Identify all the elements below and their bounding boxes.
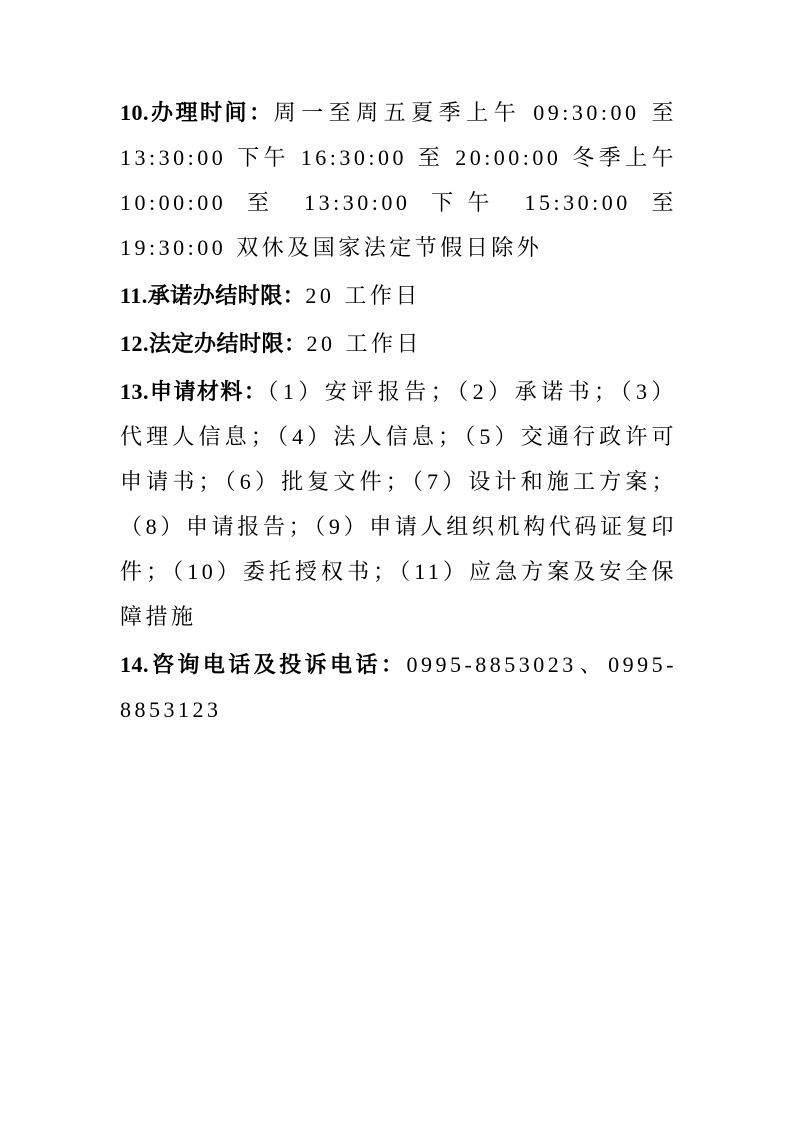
item-number: 12.: [120, 331, 149, 356]
item-content: 20 工作日: [305, 283, 421, 308]
item-content: 20 工作日: [307, 331, 423, 356]
item-label: 申请材料：: [149, 379, 267, 404]
list-item-14: 14.咨询电话及投诉电话：0995-8853023、0995-8853123: [120, 642, 677, 732]
item-number: 11.: [120, 283, 148, 308]
list-item-12: 12.法定办结时限：20 工作日: [120, 321, 677, 366]
item-number: 13.: [120, 379, 149, 404]
list-item-11: 11.承诺办结时限：20 工作日: [120, 273, 677, 318]
document-content: 10.办理时间：周一至周五夏季上午 09:30:00 至 13:30:00 下午…: [120, 90, 677, 735]
item-content: （1）安评报告；（2）承诺书；（3）代理人信息；（4）法人信息；（5）交通行政许…: [120, 379, 677, 629]
list-item-13: 13.申请材料：（1）安评报告；（2）承诺书；（3）代理人信息；（4）法人信息；…: [120, 369, 677, 639]
document-page: 10.办理时间：周一至周五夏季上午 09:30:00 至 13:30:00 下午…: [0, 0, 793, 1122]
item-label: 法定办结时限：: [149, 331, 307, 356]
item-label: 承诺办结时限：: [148, 283, 306, 308]
item-label: 咨询电话及投诉电话：: [149, 652, 406, 677]
item-number: 14.: [120, 652, 149, 677]
item-number: 10.: [120, 100, 149, 125]
list-item-10: 10.办理时间：周一至周五夏季上午 09:30:00 至 13:30:00 下午…: [120, 90, 677, 270]
item-label: 办理时间：: [149, 100, 274, 125]
